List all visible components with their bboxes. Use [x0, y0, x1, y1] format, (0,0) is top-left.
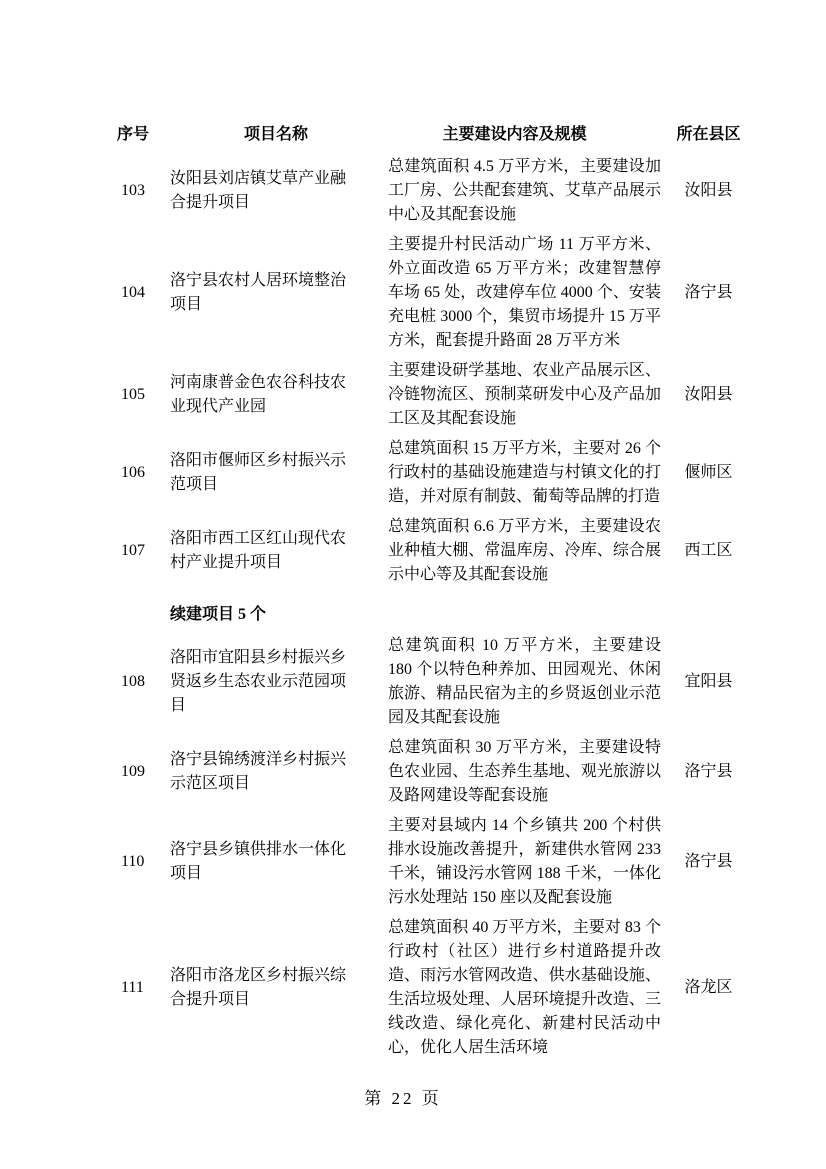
- row-seq-number: 105: [112, 356, 154, 434]
- construction-content: 总建筑面积 4.5 万平方米，主要建设加工厂房、公共配套建筑、艾草产品展示中心及…: [388, 152, 675, 230]
- project-name: 洛阳市西工区红山现代农村产业提升项目: [154, 512, 388, 590]
- county-district: 洛宁县: [675, 230, 742, 356]
- column-header-county: 所在县区: [675, 124, 742, 152]
- construction-content: 总建筑面积 40 万平方米，主要对 83 个行政村（社区）进行乡村道路提升改造、…: [388, 913, 675, 1063]
- project-name: 洛宁县乡镇供排水一体化项目: [154, 811, 388, 913]
- column-header-seq: 序号: [112, 124, 154, 152]
- table-body: 103汝阳县刘店镇艾草产业融合提升项目总建筑面积 4.5 万平方米，主要建设加工…: [112, 152, 742, 1063]
- project-name: 河南康普金色农谷科技农业现代产业园: [154, 356, 388, 434]
- project-name: 洛阳市偃师区乡村振兴示范项目: [154, 434, 388, 512]
- project-name: 洛宁县锦绣渡洋乡村振兴示范区项目: [154, 733, 388, 811]
- row-seq-number: 104: [112, 230, 154, 356]
- table-row: 103汝阳县刘店镇艾草产业融合提升项目总建筑面积 4.5 万平方米，主要建设加工…: [112, 152, 742, 230]
- table-row: 104洛宁县农村人居环境整治项目主要提升村民活动广场 11 万平方米、外立面改造…: [112, 230, 742, 356]
- row-seq-number: 110: [112, 811, 154, 913]
- project-name: 洛宁县农村人居环境整治项目: [154, 230, 388, 356]
- row-seq-number: 107: [112, 512, 154, 590]
- row-seq-number: 108: [112, 631, 154, 733]
- section-header-row: 续建项目 5 个: [112, 590, 742, 631]
- construction-content: 总建筑面积 30 万平方米，主要建设特色农业园、生态养生基地、观光旅游以及路网建…: [388, 733, 675, 811]
- row-seq-number: 111: [112, 913, 154, 1063]
- project-name: 洛阳市宜阳县乡村振兴乡贤返乡生态农业示范园项目: [154, 631, 388, 733]
- table-row: 108洛阳市宜阳县乡村振兴乡贤返乡生态农业示范园项目总建筑面积 10 万平方米，…: [112, 631, 742, 733]
- county-district: 西工区: [675, 512, 742, 590]
- table-row: 106洛阳市偃师区乡村振兴示范项目总建筑面积 15 万平方米，主要对 26 个行…: [112, 434, 742, 512]
- section-header: 续建项目 5 个: [112, 590, 742, 631]
- construction-content: 主要提升村民活动广场 11 万平方米、外立面改造 65 万平方米；改建智慧停车场…: [388, 230, 675, 356]
- construction-content: 主要对县域内 14 个乡镇共 200 个村供排水设施改善提升，新建供水管网 23…: [388, 811, 675, 913]
- county-district: 洛龙区: [675, 913, 742, 1063]
- table-row: 111洛阳市洛龙区乡村振兴综合提升项目总建筑面积 40 万平方米，主要对 83 …: [112, 913, 742, 1063]
- column-header-construction-content: 主要建设内容及规模: [388, 124, 675, 152]
- county-district: 洛宁县: [675, 811, 742, 913]
- table-row: 109洛宁县锦绣渡洋乡村振兴示范区项目总建筑面积 30 万平方米，主要建设特色农…: [112, 733, 742, 811]
- page-number: 第 22 页: [0, 1084, 806, 1109]
- table-row: 110洛宁县乡镇供排水一体化项目主要对县域内 14 个乡镇共 200 个村供排水…: [112, 811, 742, 913]
- table-row: 105河南康普金色农谷科技农业现代产业园主要建设研学基地、农业产品展示区、冷链物…: [112, 356, 742, 434]
- row-seq-number: 106: [112, 434, 154, 512]
- table-header-row: 序号 项目名称 主要建设内容及规模 所在县区: [112, 124, 742, 152]
- row-seq-number: 109: [112, 733, 154, 811]
- construction-content: 总建筑面积 6.6 万平方米，主要建设农业种植大棚、常温库房、冷库、综合展示中心…: [388, 512, 675, 590]
- construction-content: 主要建设研学基地、农业产品展示区、冷链物流区、预制菜研发中心及产品加工区及其配套…: [388, 356, 675, 434]
- project-name: 洛阳市洛龙区乡村振兴综合提升项目: [154, 913, 388, 1063]
- county-district: 偃师区: [675, 434, 742, 512]
- construction-content: 总建筑面积 15 万平方米，主要对 26 个行政村的基础设施建造与村镇文化的打造…: [388, 434, 675, 512]
- construction-content: 总建筑面积 10 万平方米，主要建设 180 个以特色种养加、田园观光、休闲旅游…: [388, 631, 675, 733]
- county-district: 宜阳县: [675, 631, 742, 733]
- county-district: 汝阳县: [675, 356, 742, 434]
- row-seq-number: 103: [112, 152, 154, 230]
- column-header-project-name: 项目名称: [154, 124, 388, 152]
- county-district: 洛宁县: [675, 733, 742, 811]
- projects-table: 序号 项目名称 主要建设内容及规模 所在县区 103汝阳县刘店镇艾草产业融合提升…: [112, 124, 742, 1063]
- table-row: 107洛阳市西工区红山现代农村产业提升项目总建筑面积 6.6 万平方米，主要建设…: [112, 512, 742, 590]
- project-name: 汝阳县刘店镇艾草产业融合提升项目: [154, 152, 388, 230]
- county-district: 汝阳县: [675, 152, 742, 230]
- document-page: 序号 项目名称 主要建设内容及规模 所在县区 103汝阳县刘店镇艾草产业融合提升…: [0, 0, 826, 1169]
